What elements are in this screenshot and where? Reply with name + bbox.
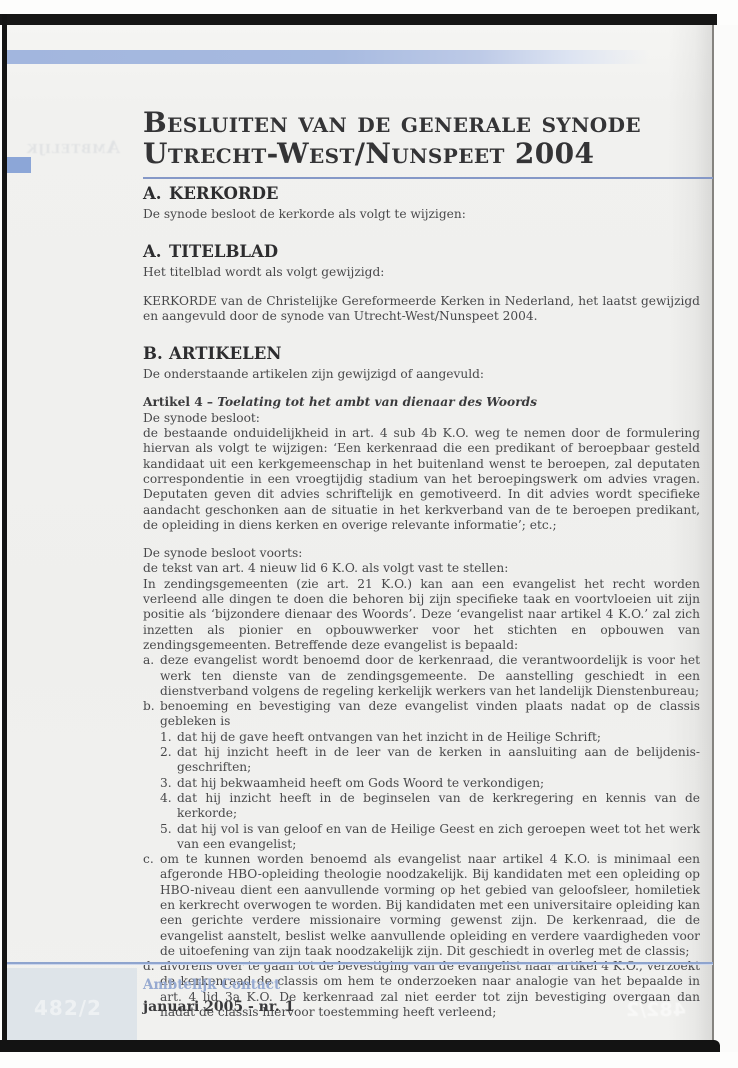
artikel4-voorts-intro: de tekst van art. 4 nieuw lid 6 K.O. als… [143, 561, 700, 576]
section-artikelen-heading: B.ARTIKELEN [143, 344, 700, 363]
margin-tab [7, 157, 31, 173]
footer-issue: januari 2005 - nr. 1 [143, 999, 294, 1015]
section-kerkorde-heading: A.KERKORDE [143, 184, 700, 203]
artikel4-paragraph-2: In zendingsgemeenten (zie art. 21 K.O.) … [143, 577, 700, 653]
footer-rule [7, 962, 713, 965]
section-kerkorde: A.KERKORDE De synode besloot de kerkorde… [143, 184, 700, 222]
list-item-text: dat hij vol is van geloof en van de Heil… [177, 822, 700, 851]
sublist-item-1: 1. dat hij de gave heeft ontvangen van h… [160, 730, 700, 745]
section-title: TITELBLAD [169, 242, 278, 261]
scanned-page: Ambtelijk 482/2 Besluiten van de general… [0, 0, 738, 1068]
list-item-text: benoeming en bevestiging van deze evange… [160, 699, 700, 728]
list-item-text: dat hij inzicht heeft in de leer van de … [177, 745, 700, 774]
list-item-text: dat hij bekwaamheid heeft om Gods Woord … [177, 776, 544, 790]
list-marker: a. [143, 653, 154, 668]
section-titelblad-heading: A.TITELBLAD [143, 242, 700, 261]
list-marker: 1. [160, 730, 172, 745]
section-title: KERKORDE [169, 184, 279, 203]
section-letter: B. [143, 344, 169, 363]
scan-border-top [0, 14, 717, 25]
artikel4-heading: Artikel 4 – Toelating tot het ambt van d… [143, 395, 700, 410]
list-item-text: dat hij de gave heeft ontvangen van het … [177, 730, 601, 744]
list-marker: 2. [160, 745, 172, 760]
header-accent-bar [7, 50, 662, 64]
list-marker: b. [143, 699, 155, 714]
section-titelblad-intro: Het titelblad wordt als volgt gewijzigd: [143, 265, 700, 280]
sublist-item-5: 5. dat hij vol is van geloof en van de H… [160, 822, 700, 853]
artikel4-label: Artikel 4 – [143, 395, 213, 409]
section-artikelen-intro: De onderstaande artikelen zijn gewijzigd… [143, 367, 700, 382]
artikel4-paragraph-1: de bestaande onduidelijkheid in art. 4 s… [143, 426, 700, 533]
bleedthrough-text: Ambtelijk [26, 138, 120, 158]
footer-magazine-title: Ambtelijk Contact [143, 977, 280, 993]
section-artikelen: B.ARTIKELEN De onderstaande artikelen zi… [143, 344, 700, 382]
page-number: 482/2 [34, 996, 102, 1020]
list-marker: 5. [160, 822, 172, 837]
list-marker: 3. [160, 776, 172, 791]
list-item-text: dat hij inzicht heeft in de beginselen v… [177, 791, 700, 820]
section-letter: A. [143, 184, 169, 203]
list-marker: c. [143, 852, 154, 867]
section-title: ARTIKELEN [169, 344, 281, 363]
list-item-a: a. deze evangelist wordt benoemd door de… [143, 653, 700, 699]
body-column: A.KERKORDE De synode besloot de kerkorde… [143, 184, 700, 1020]
sublist-item-2: 2. dat hij inzicht heeft in de leer van … [160, 745, 700, 776]
artikel4-subtitle: Toelating tot het ambt van dienaar des W… [217, 395, 537, 409]
section-letter: A. [143, 242, 169, 261]
artikel4-voorts-label: De synode besloot voorts: [143, 546, 700, 561]
document-title: Besluiten van de generale synode Utrecht… [143, 107, 718, 169]
list-marker: 4. [160, 791, 172, 806]
document-title-line2: Utrecht-West/Nunspeet 2004 [143, 138, 718, 169]
list-item-c: c. om te kunnen worden benoemd als evang… [143, 852, 700, 959]
scan-border-bottom [0, 1040, 720, 1052]
artikel4-besloot-label: De synode besloot: [143, 411, 700, 426]
section-titelblad: A.TITELBLAD Het titelblad wordt als volg… [143, 242, 700, 324]
document-title-line1: Besluiten van de generale synode [143, 107, 718, 138]
sublist-item-3: 3. dat hij bekwaamheid heeft om Gods Woo… [160, 776, 700, 791]
list-item-text: deze evangelist wordt benoemd door de ke… [160, 653, 700, 698]
section-kerkorde-intro: De synode besloot de kerkorde als volgt … [143, 207, 700, 222]
title-underline [143, 177, 713, 179]
list-item-text: om te kunnen worden benoemd als evangeli… [160, 852, 700, 958]
book-fore-edge [714, 25, 738, 1052]
artikel4-block: Artikel 4 – Toelating tot het ambt van d… [143, 395, 700, 1020]
list-item-b: b. benoeming en bevestiging van deze eva… [143, 699, 700, 730]
section-titelblad-body: KERKORDE van de Christelijke Gereformeer… [143, 294, 700, 325]
sublist-item-4: 4. dat hij inzicht heeft in de beginsele… [160, 791, 700, 822]
